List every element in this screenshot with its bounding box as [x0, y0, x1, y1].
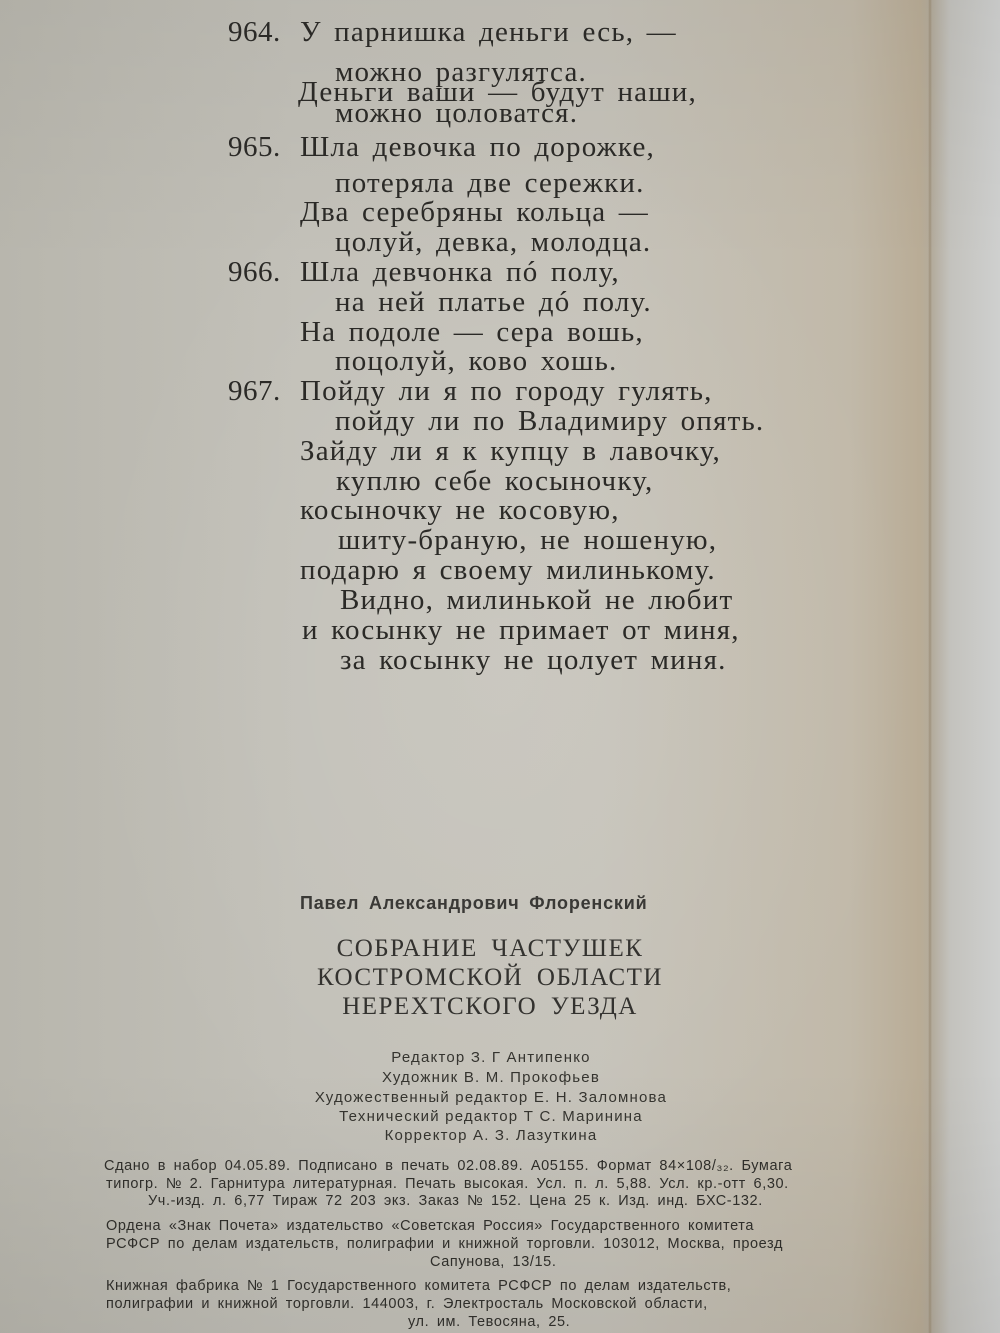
- imprint-line: Ордена «Знак Почета» издательство «Совет…: [106, 1218, 754, 1234]
- credit-artist: Художник В. М. Прокофьев: [0, 1069, 991, 1086]
- verse-line: подарю я своему милинькому.: [300, 554, 716, 587]
- verse-number: 966.: [228, 256, 281, 289]
- verse-line: пойду ли по Владимиру опять.: [335, 405, 764, 438]
- book-title-line: НЕРЕХТСКОГО УЕЗДА: [0, 993, 990, 1021]
- imprint-line: РСФСР по делам издательств, полиграфии и…: [106, 1236, 783, 1252]
- credit-art-editor: Художественный редактор Е. Н. Заломнова: [0, 1089, 991, 1106]
- verse-line: косыночку не косовую,: [300, 494, 620, 527]
- verse-line: можно цоловатся.: [335, 97, 578, 130]
- verse-line: У парнишка деньги есь, —: [300, 16, 677, 49]
- verse-number: 964.: [228, 16, 281, 49]
- verse-number: 965.: [228, 131, 281, 164]
- imprint-line: Сдано в набор 04.05.89. Подписано в печа…: [104, 1158, 792, 1174]
- verse-line: и косынку не примает от миня,: [302, 614, 740, 647]
- imprint-line: Книжная фабрика № 1 Государственного ком…: [106, 1278, 731, 1294]
- book-title-line: СОБРАНИЕ ЧАСТУШЕК: [0, 935, 990, 963]
- verse-line: шиту-браную, не ношеную,: [338, 524, 717, 557]
- verse-line: цолуй, девка, молодца.: [335, 226, 651, 259]
- verse-line: за косынку не цолует миня.: [340, 644, 727, 677]
- imprint-line: Сапунова, 13/15.: [430, 1254, 556, 1270]
- book-title-line: КОСТРОМСКОЙ ОБЛАСТИ: [0, 964, 990, 992]
- author-name: Павел Александрович Флоренский: [300, 893, 647, 914]
- credit-proofreader: Корректор А. З. Лазуткина: [0, 1127, 991, 1144]
- imprint-line: типогр. № 2. Гарнитура литературная. Печ…: [106, 1176, 789, 1192]
- verse-line: Пойду ли я по городу гулять,: [300, 375, 713, 408]
- verse-line: Видно, милинькой не любит: [340, 584, 733, 617]
- credit-editor: Редактор З. Г Антипенко: [0, 1049, 991, 1066]
- verse-line: поцолуй, ково хошь.: [335, 345, 618, 378]
- credit-tech-editor: Технический редактор Т С. Маринина: [0, 1108, 991, 1125]
- verse-line: на ней платье дó полу.: [335, 286, 652, 319]
- verse-number: 967.: [228, 375, 281, 408]
- verse-line: Два серебряны кольца —: [300, 196, 649, 229]
- verse-line: Шла девочка по дорожке,: [300, 131, 655, 164]
- imprint-line: ул. им. Тевосяна, 25.: [408, 1314, 570, 1330]
- verse-line: Зайду ли я к купцу в лавочку,: [300, 435, 721, 468]
- imprint-line: Уч.-изд. л. 6,77 Тираж 72 203 экз. Заказ…: [148, 1193, 763, 1209]
- verse-line: Шла девчонка пó полу,: [300, 256, 620, 289]
- imprint-line: полиграфии и книжной торговли. 144003, г…: [106, 1296, 708, 1312]
